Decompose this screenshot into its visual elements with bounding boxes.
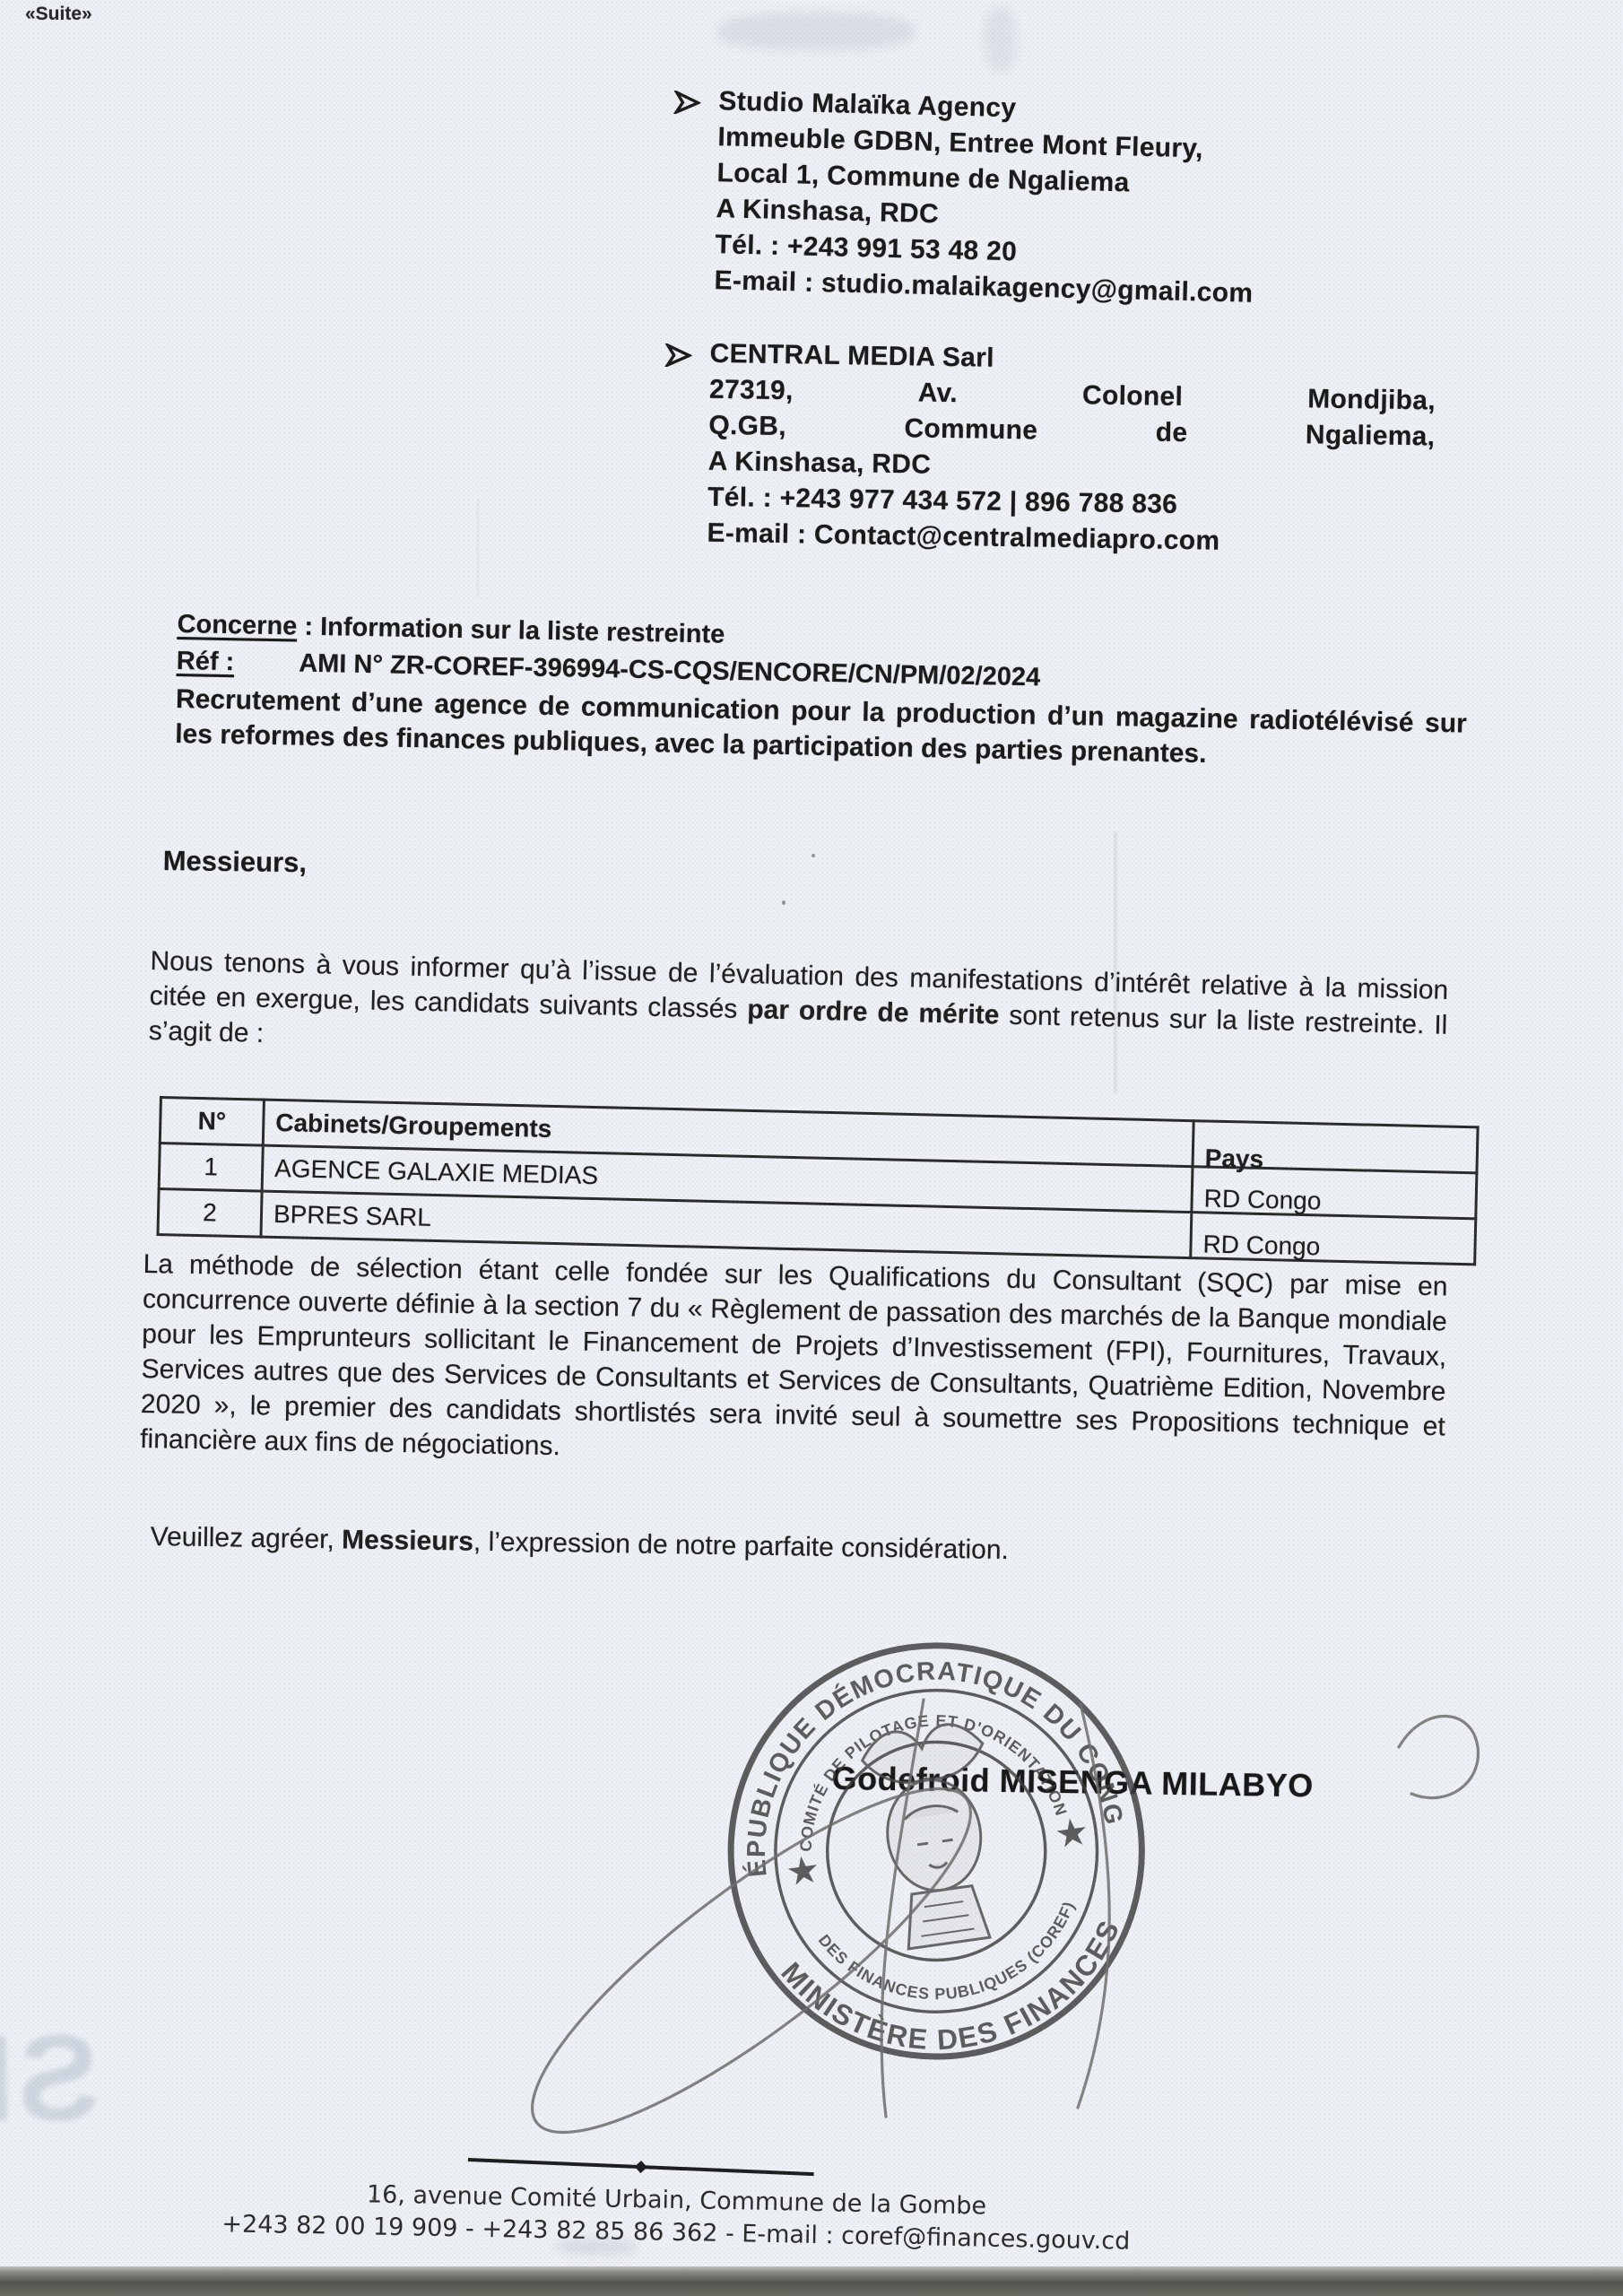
closing-line: Veuillez agréer, Messieurs, l’expression…: [150, 1522, 1432, 1572]
body-paragraph-2: La méthode de sélection étant celle fond…: [140, 1247, 1448, 1479]
body-paragraph-1: Nous tenons à vous informer qu’à l’issue…: [148, 944, 1448, 1078]
recipient-block-central-media: CENTRAL MEDIA Sarl 27319, Av. Colonel Mo…: [662, 335, 1436, 562]
scanner-edge: [0, 2266, 1623, 2296]
bullet-arrow-icon: [662, 335, 710, 552]
footer-divider: [468, 2158, 814, 2176]
table-header-cell: N°: [160, 1098, 264, 1146]
salutation: Messieurs,: [162, 845, 307, 879]
ink-speck: [811, 854, 815, 857]
recipient-block-studio-malaika: Studio Malaïka Agency Immeuble GDBN, Ent…: [669, 83, 1432, 317]
bullet-arrow-icon: [669, 83, 719, 299]
table-cell-rank: 1: [159, 1144, 263, 1192]
toner-smudge: [717, 13, 915, 50]
merge-field-marker: «Suite»: [25, 4, 92, 25]
concerne-label: Concerne: [177, 610, 297, 641]
table-cell-country: RD Congo: [1192, 1167, 1477, 1219]
stamp-star-right-icon: ★: [1055, 1813, 1090, 1854]
table-header-cell: Pays: [1193, 1121, 1478, 1173]
toner-smudge: [985, 7, 1017, 72]
table-cell-rank: 2: [158, 1189, 262, 1238]
paper-crease: [477, 499, 479, 597]
stamp-star-left-icon: ★: [785, 1851, 821, 1892]
ink-speck: [782, 900, 785, 905]
table-cell-country: RD Congo: [1191, 1213, 1476, 1265]
footer: 16, avenue Comité Urbain, Commune de la …: [116, 2174, 1237, 2260]
concerne-text: Information sur la liste restreinte: [320, 613, 725, 649]
shortlist-table: N° Cabinets/Groupements Pays 1 AGENCE GA…: [156, 1096, 1479, 1265]
divider-diamond-icon: [635, 2161, 647, 2173]
bleed-through-watermark: SECRETAIRE EXECUTIF: [0, 2007, 100, 2162]
shortlist-table-wrap: N° Cabinets/Groupements Pays 1 AGENCE GA…: [156, 1096, 1479, 1265]
toner-smudge: [556, 2240, 637, 2253]
ref-label: Réf :: [177, 647, 235, 676]
ink-speck: [372, 2196, 376, 2201]
official-stamp: RÉPUBLIQUE DÉMOCRATIQUE DU CONGO MINISTÈ…: [684, 1599, 1188, 2103]
paper-crease: [1115, 832, 1116, 1094]
subject-block: Concerne : Information sur la liste rest…: [175, 606, 1469, 777]
scanned-letter-page: «Suite» Studio Malaïka Agency Immeuble G…: [0, 0, 1623, 2271]
